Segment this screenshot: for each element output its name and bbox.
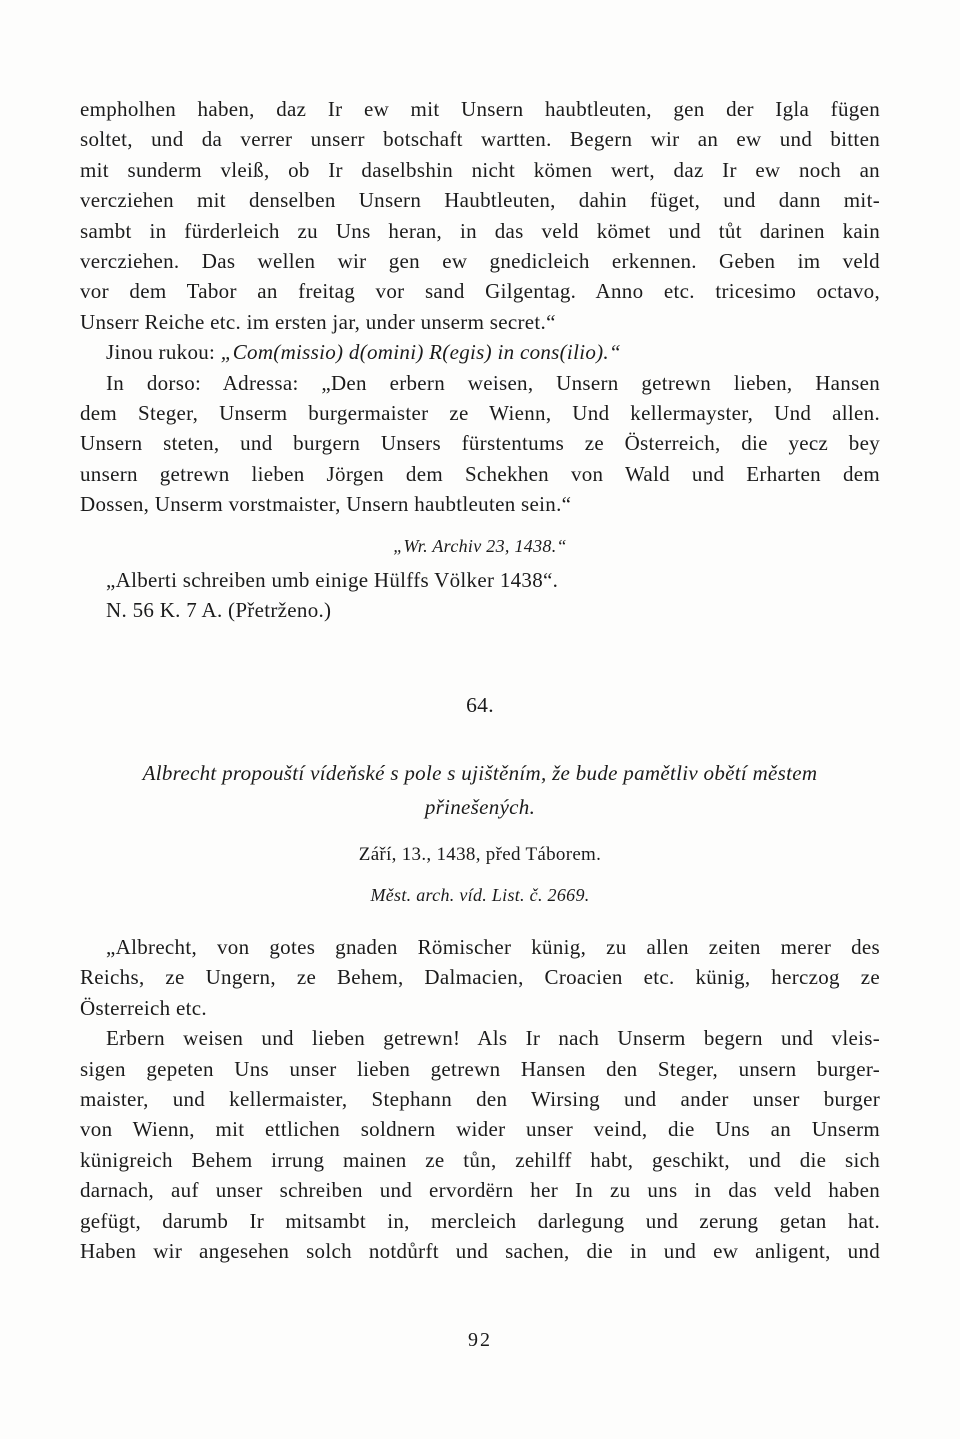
text-line: unsern getrewn lieben Jörgen dem Schekhe…	[80, 459, 880, 489]
text-line: von Wienn, mit ettlichen soldnern wider …	[80, 1114, 880, 1144]
text-line: Unserr Reiche etc. im ersten jar, under …	[80, 307, 880, 337]
heading-line: přinešených.	[80, 790, 880, 824]
paragraph-letter-body: Erbern weisen und lieben getrewn! Als Ir…	[80, 1023, 880, 1266]
alberti-note-line: „Alberti schreiben umb einige Hülffs Völ…	[80, 565, 880, 595]
text-line: empholhen haben, daz Ir ew mit Unsern ha…	[80, 94, 880, 124]
text-line: vercziehen. Das wellen wir gen ew gnedic…	[80, 246, 880, 276]
source-line: Měst. arch. víd. List. č. 2669.	[80, 882, 880, 908]
text-line: gefügt, darumb Ir mitsambt in, mercleich…	[80, 1206, 880, 1236]
text-line: In dorso: Adressa: „Den erbern weisen, U…	[80, 368, 880, 398]
dateline: Září, 13., 1438, před Táborem.	[80, 842, 880, 868]
text-line: maister, und kellermaister, Stephann den…	[80, 1084, 880, 1114]
paragraph-letter-continuation: empholhen haben, daz Ir ew mit Unsern ha…	[80, 94, 880, 337]
text-line: Österreich etc.	[80, 993, 880, 1023]
text-line: darnach, auf unser schreiben und ervordë…	[80, 1175, 880, 1205]
catalog-number-line: N. 56 K. 7 A. (Přetrženo.)	[80, 595, 880, 625]
scanned-book-page: empholhen haben, daz Ir ew mit Unsern ha…	[0, 0, 960, 1439]
text-line: Dossen, Unserm vorstmaister, Unsern haub…	[80, 489, 880, 519]
text-line: Haben wir angesehen solch notdůrft und s…	[80, 1236, 880, 1266]
text-line: dem Steger, Unserm burgermaister ze Wien…	[80, 398, 880, 428]
text-line: Reichs, ze Ungern, ze Behem, Dalmacien, …	[80, 962, 880, 992]
text-line: „Albrecht, von gotes gnaden Römischer kü…	[80, 932, 880, 962]
text-line: Unsern steten, und burgern Unsers fürste…	[80, 428, 880, 458]
text-line: sigen gepeten Uns unser lieben getrewn H…	[80, 1054, 880, 1084]
text-line: mit sunderm vleiß, ob Ir daselbshin nich…	[80, 155, 880, 185]
annotation-line: Jinou rukou: „Com(missio) d(omini) R(egi…	[80, 337, 880, 367]
text-line: künigreich Behem irrung mainen ze tůn, z…	[80, 1145, 880, 1175]
page-number: 92	[0, 1325, 960, 1355]
annotation-quote: „Com(missio) d(omini) R(egis) in cons(il…	[221, 340, 621, 364]
text-line: vercziehen mit denselben Unsern Haubtleu…	[80, 185, 880, 215]
section-number: 64.	[80, 690, 880, 720]
text-line: sambt in fürderleich zu Uns heran, in da…	[80, 216, 880, 246]
annotation-prefix: Jinou rukou:	[106, 340, 221, 364]
paragraph-intitulatio: „Albrecht, von gotes gnaden Römischer kü…	[80, 932, 880, 1023]
paragraph-in-dorso: In dorso: Adressa: „Den erbern weisen, U…	[80, 368, 880, 520]
heading-line: Albrecht propouští vídeňské s pole s uji…	[80, 756, 880, 790]
text-line: Erbern weisen und lieben getrewn! Als Ir…	[80, 1023, 880, 1053]
text-line: vor dem Tabor an freitag vor sand Gilgen…	[80, 276, 880, 306]
archive-reference: „Wr. Archiv 23, 1438.“	[80, 533, 880, 559]
section-heading: Albrecht propouští vídeňské s pole s uji…	[80, 756, 880, 824]
text-line: soltet, und da verrer unserr botschaft w…	[80, 124, 880, 154]
